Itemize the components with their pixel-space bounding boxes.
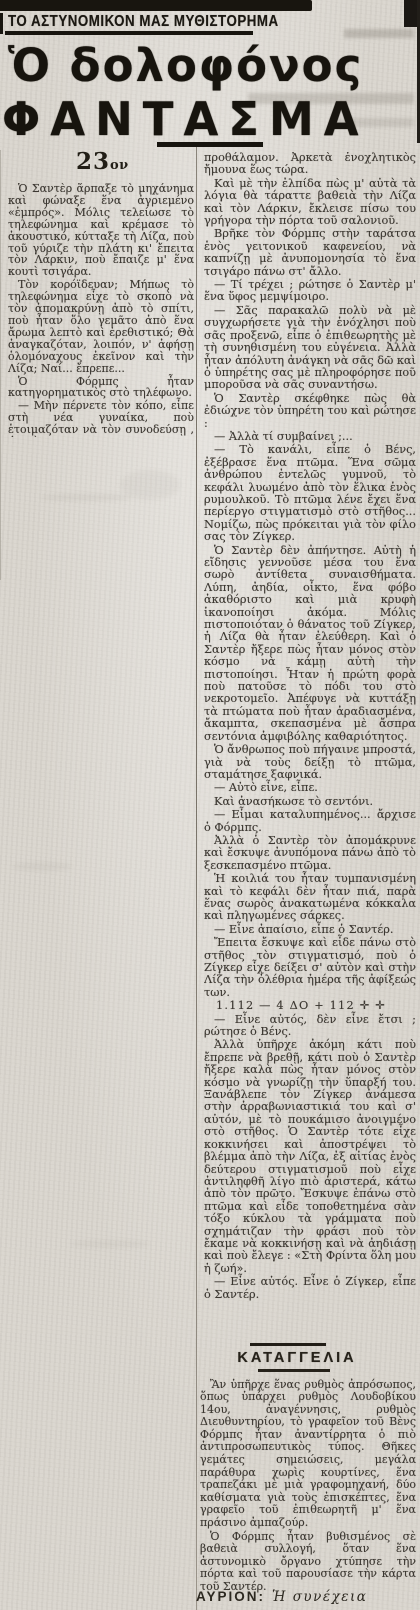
paragraph: Ἀλλὰ ὑπῆρχε ἀκόμη κάτι ποὺ ἔπρεπε νὰ βρε… — [204, 1039, 416, 1275]
paragraph: — Μὴν πέρνετε τὸν κόπο, εἶπε στὴ νέα γυν… — [8, 400, 194, 437]
episode-number-value: 23 — [76, 148, 110, 175]
title-underline — [157, 142, 263, 147]
paragraph: Ὁ Φόρμπς ἦταν βυθισμένος σὲ βαθειὰ συλλο… — [200, 1531, 416, 1594]
paper-stain — [12, 862, 72, 871]
paragraph: Ἂν ὑπῆρχε ἕνας ρυθμὸς ἀπρόσωπος, ὅπως ὑπ… — [200, 1379, 416, 1530]
paragraph: — Εἶνε ἀπαίσιο, εἶπε ὁ Σαντέρ. — [204, 924, 416, 936]
paragraph: 1.112 — 4 ΔΟ + 112 ✛ ✛ — [204, 1000, 416, 1012]
story-title-line2: ΦΑΝΤΑΣΜΑ — [2, 96, 420, 143]
column-divider-rule — [196, 147, 197, 1610]
tomorrow-teaser: ΑΥΡΙΟΝ:Ἡ συνέχεια — [196, 1586, 420, 1605]
section-heading-underline — [258, 1369, 330, 1372]
paragraph: Καὶ ἀνασήκωσε τὸ σεντόνι. — [204, 796, 416, 808]
print-bleed-smudge — [344, 29, 414, 38]
paragraph: Ὁ Σαντὲρ σκέφθηκε πὼς θὰ ἐδιώχνε τὸν ὑπη… — [204, 393, 416, 430]
kicker-tick-bar — [0, 13, 3, 34]
tomorrow-label: ΑΥΡΙΟΝ: — [196, 1589, 265, 1604]
paragraph: Ὁ Σαντὲρ ἅρπαξε τὸ μηχάνημα καὶ φώναξε ἕ… — [8, 183, 194, 278]
section-top-rule — [250, 1343, 326, 1346]
episode-number-suffix: ον — [110, 158, 129, 173]
paragraph: — Τί τρέχει ; ρώτησε ὁ Σαντὲρ μ' ἕνα ὕφο… — [204, 279, 416, 304]
kicker: ΤΟ ΑΣΤΥΝΟΜΙΚΟΝ ΜΑΣ ΜΥΘΙΣΤΟΡΗΜΑ — [8, 13, 266, 31]
paragraph: — Εἶνε αὐτός, δὲν εἶνε ἔτσι ; ρώτησε ὁ Β… — [204, 1014, 416, 1039]
paragraph: Ἀλλὰ ὁ Σαντὲρ τὸν ἀπομάκρυνε καὶ ἔσκυψε … — [204, 835, 416, 872]
paper-stain — [120, 470, 180, 500]
paragraph: — Εἶνε αὐτός. Εἶνε ὁ Ζίγκερ, εἶπε ὁ Σαντ… — [204, 1276, 416, 1301]
left-column: Ὁ Σαντὲρ ἅρπαξε τὸ μηχάνημα καὶ φώναξε ἕ… — [8, 183, 194, 437]
paragraph: — Αὐτὸ εἶνε, εἶπε. — [204, 782, 416, 794]
paper-stain — [70, 1240, 150, 1248]
paragraph: Βρῆκε τὸν Φόρμπς στὴν ταράτσα ἑνὸς γειτο… — [204, 228, 416, 278]
newspaper-clipping: ΤΟ ΑΣΤΥΝΟΜΙΚΟΝ ΜΑΣ ΜΥΘΙΣΤΟΡΗΜΑ Ὁ δολοφόν… — [0, 0, 420, 1610]
paragraph: — Σᾶς παρακαλῶ πολὺ νὰ μὲ συγχωρήσετε γι… — [204, 305, 416, 392]
paragraph: — Ἀλλὰ τί συμβαίνει ;... — [204, 431, 416, 443]
paragraph: Ὁ Σαντὲρ δὲν ἀπήντησε. Αὐτὴ ἡ εἴδησις γε… — [204, 545, 416, 744]
paragraph: — Εἶμαι καταλυπημένος... ἄρχισε ὁ Φόρμπς… — [204, 809, 416, 834]
top-black-bar — [0, 0, 312, 11]
paragraph: — Τὸ κανάλι, εἶπε ὁ Βένς, ἐξέβρασε ἕνα π… — [204, 444, 416, 543]
paragraph: Τὸν κορόϊδευαν; Μήπως τὸ τηλεφώνημα εἶχε… — [8, 279, 194, 374]
tomorrow-text: Ἡ συνέχεια — [272, 1589, 367, 1605]
paragraph: Ἔπειτα ἔσκυψε καὶ εἶδε πάνω στὸ στῆθος τ… — [204, 937, 416, 999]
section-body: Ἂν ὑπῆρχε ἕνας ρυθμὸς ἀπρόσωπος, ὅπως ὑπ… — [200, 1379, 416, 1594]
left-edge-rule — [0, 150, 1, 580]
paragraph: Ἡ κοιλιά του ἦταν τυμπανισμένη καὶ τὸ κε… — [204, 873, 416, 923]
story-title-line1: Ὁ δολοφόνος — [8, 40, 412, 92]
kicker-underline — [5, 31, 253, 35]
paragraph: Καὶ μὲ τὴν ἐλπίδα πὼς μ' αὐτὰ τὰ λόγια θ… — [204, 178, 416, 228]
paragraph: προθάλαμον. Ἀρκετὰ ἐνοχλητικὸς ἤμουνα ἕω… — [204, 152, 416, 177]
paragraph: Ὁ ἄνθρωπος ποὺ πήγαινε μπροστά, γιὰ νὰ τ… — [204, 744, 416, 781]
section-kataggelia: ΚΑΤΑΓΓΕΛΙΑ Ἂν ὑπῆρχε ἕνας ρυθμὸς ἀπρόσωπ… — [200, 1343, 416, 1595]
paper-stain — [40, 494, 132, 501]
paragraph: Ὁ Φόρμπς ἦταν κατηγορηματικὸς στὸ τηλέφω… — [8, 376, 194, 400]
right-column: προθάλαμον. Ἀρκετὰ ἐνοχλητικὸς ἤμουνα ἕω… — [204, 152, 416, 1338]
episode-number: 23ον — [76, 148, 129, 175]
section-heading: ΚΑΤΑΓΓΕΛΙΑ — [212, 1350, 382, 1366]
